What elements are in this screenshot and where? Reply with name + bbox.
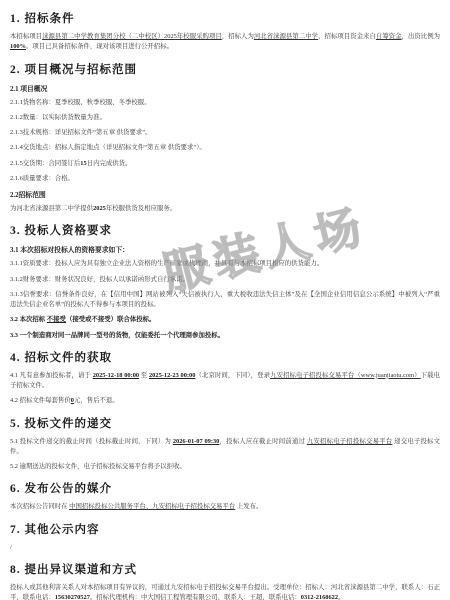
- section-3-1-subheading: 3.1 本次招标对投标人的资格要求如下：: [10, 244, 440, 254]
- quality-item: 2.1.6质量要求：合格。: [10, 174, 440, 184]
- text-run: ，出资比例为: [402, 33, 440, 40]
- text-run: 2.1.5交货期：合同签订后: [10, 160, 80, 167]
- platform-name-with-url: 九安招标电子招投标交易平台（www.juanjiaotu.com）: [270, 372, 421, 379]
- finance-item: 3.1.2财务要求：财务状况良好，投标人以承诺函形式自行承诺。: [10, 275, 440, 285]
- tender-scope-paragraph: 为河北省涞源县第二中学提供2025年校服供货及相应服务。: [10, 204, 440, 214]
- tech-spec-item: 2.1.3技术规格：详见招标文件“第五章 供货要求”。: [10, 128, 440, 138]
- project-name: 涞源县第二中学教育集团分校（二中校区）2025年校服采购项目: [42, 33, 222, 40]
- section-2-2-subheading: 2.2招标范围: [10, 189, 440, 199]
- text-run: 元，售后不退。: [74, 397, 119, 404]
- section-8-heading: 8. 提出异议渠道和方式: [10, 561, 440, 577]
- manufacturer-item: 3.3 一个制造商对同一品牌同一型号的货物，仅能委托一个代理商参加投标。: [10, 331, 440, 341]
- text-run: 。项目已具备招标条件，现对该项目进行公开招标。: [26, 43, 173, 50]
- objection-channel-paragraph: 投标人或其他利害关系人对本招标项目有异议的，可通过九安招标电子招投标交易平台提出…: [10, 583, 440, 600]
- tender-announcement-document: 服装人场 1. 招标条件 本招标项目涞源县第二中学教育集团分校（二中校区）202…: [0, 0, 450, 600]
- text-run: 日内完成供货。: [87, 160, 132, 167]
- tenderee-name: 河北省涞源县第二中学: [254, 33, 318, 40]
- section-1-heading: 1. 招标条件: [10, 10, 440, 26]
- bid-submission-paragraph: 5.1 投标文件递交的截止时间（投标截止时间，下同）为 2026-01-07 0…: [10, 437, 440, 458]
- text-run: 上发布。: [235, 503, 262, 510]
- text-run: 4.2 招标文件每套售价: [10, 397, 71, 404]
- text-run: （接受或不接受）联合体投标。: [66, 316, 155, 323]
- other-content-paragraph: /: [10, 543, 440, 553]
- text-run: 本招标项目: [10, 33, 42, 40]
- announcement-media-paragraph: 本次招标公告同时在 中国招标投标公共服务平台、九安招标电子招投标交易平台 上发布…: [10, 502, 440, 512]
- scope-year: 2025: [93, 205, 106, 212]
- platform-name: 九安招标电子招投标交易平台: [307, 438, 393, 445]
- delivery-period-item: 2.1.5交货期：合同签订后15日内完成供货。: [10, 159, 440, 169]
- consortium-choice: 不接受: [47, 316, 66, 323]
- text-run: 5.1 投标文件递交的截止时间（投标截止时间，下同）为: [10, 438, 173, 445]
- delivery-place-item: 2.1.4交货地点：招标人指定地点（详见招标文件“第五章 供货要求”）。: [10, 143, 440, 153]
- text-run: 本次招标公告同时在: [10, 503, 69, 510]
- text-run: （北京时间，下同），登录: [195, 372, 270, 379]
- section-3-heading: 3. 投标人资格要求: [10, 222, 440, 238]
- text-run: ，招标人为: [222, 33, 254, 40]
- qualification-item: 3.1.1资质要求：投标人应为具有独立企业法人资格的生产厂家或代理商，并具有与本…: [10, 259, 440, 269]
- text-run: ，招标项目资金来自: [318, 33, 376, 40]
- document-price-paragraph: 4.2 招标文件每套售价0元，售后不退。: [10, 396, 440, 406]
- media-platform-names: 中国招标投标公共服务平台、九安招标电子招投标交易平台: [69, 503, 235, 510]
- section-1-intro-paragraph: 本招标项目涞源县第二中学教育集团分校（二中校区）2025年校服采购项目，招标人为…: [10, 32, 440, 53]
- section-4-heading: 4. 招标文件的获取: [10, 349, 440, 365]
- text-run: 4.1 凡有意参加投标者，请于: [10, 372, 93, 379]
- agency-phone: 0312-2168622: [301, 594, 338, 600]
- section-2-heading: 2. 项目概况与招标范围: [10, 61, 440, 77]
- text-run: ，投标人应在截止时间前通过: [219, 438, 306, 445]
- tenderee-phone: 15630270527: [55, 594, 90, 600]
- consortium-item: 3.2 本次招标 不接受（接受或不接受）联合体投标。: [10, 315, 440, 325]
- text-run: 为河北省涞源县第二中学提供: [10, 205, 93, 212]
- text-run: 。招标代理机构：中大国信工程管理有限公司，联系人：王超，联系电话：: [90, 594, 301, 600]
- text-run: 3.2 本次招标: [10, 316, 45, 323]
- goods-name-item: 2.1.1货物名称：夏季校服、秋季校服、冬季校服。: [10, 98, 440, 108]
- text-run: 至: [139, 372, 149, 379]
- credit-item: 3.1.3信誉要求：信誉条件良好，在【信用中国】网站被列入“失信被执行人、重大税…: [10, 290, 440, 311]
- section-5-heading: 5. 投标文件的递交: [10, 415, 440, 431]
- text-run: 。: [338, 594, 344, 600]
- text-run: 年校服供货及相应服务。: [106, 205, 176, 212]
- bid-deadline: 2026-01-07 09:30: [173, 438, 220, 445]
- obtain-end-time: 2025-12-23 00:00: [149, 372, 195, 379]
- late-submission-paragraph: 5.2 逾期送达的投标文件，电子招标投标交易平台将予以拒收。: [10, 462, 440, 472]
- section-6-heading: 6. 发布公告的媒介: [10, 480, 440, 496]
- fund-source: 自筹资金: [376, 33, 402, 40]
- obtain-start-time: 2025-12-18 00:00: [93, 372, 139, 379]
- document-obtain-paragraph: 4.1 凡有意参加投标者，请于 2025-12-18 00:00 至 2025-…: [10, 371, 440, 392]
- section-7-heading: 7. 其他公示内容: [10, 521, 440, 537]
- fund-ratio: 100%: [10, 43, 26, 50]
- section-2-1-subheading: 2.1 项目概况: [10, 83, 440, 93]
- quantity-item: 2.1.2数量：以实际供货数量为准。: [10, 113, 440, 123]
